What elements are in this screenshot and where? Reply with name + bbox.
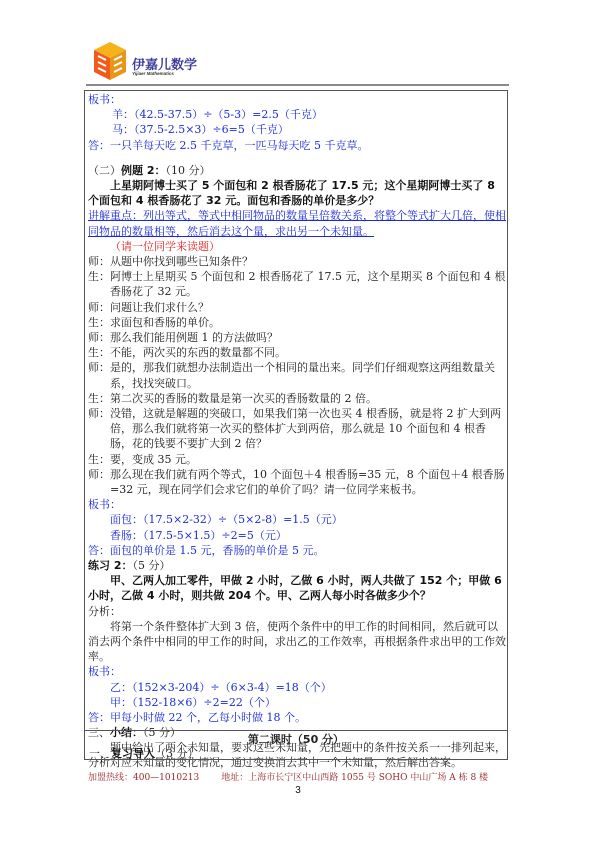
board-line: 面包：（17.5×2-32）÷（5×2-8）=1.5（元） (88, 512, 506, 527)
board-line: 羊：（42.5-37.5）÷（5-3）=2.5（千克） (88, 107, 506, 122)
page-footer: 加盟热线：400—1010213地址：上海市长宁区中山西路 1055 号 SOH… (88, 770, 508, 783)
dialogue-line: 师：从题中你找到哪些已知条件？ (88, 254, 506, 269)
footer-address: 地址：上海市长宁区中山西路 1055 号 SOHO 中山广场 A 栋 8 楼 (221, 773, 488, 783)
practice2-problem: 甲、乙两人加工零件，甲做 2 小时，乙做 6 小时，两人共做了 152 个；甲做… (88, 573, 506, 603)
example2-heading: （二）例题 2：（10 分） (88, 163, 506, 178)
dialogue-line: 生：阿博士上星期买 5 个面包和 2 根香肠花了 17.5 元，这个星期买 8 … (88, 269, 506, 299)
heading-points: （5 分） (132, 559, 170, 572)
logo-subtitle: Yijiaer Mathematics (132, 71, 174, 76)
dialogue-line: 师：那么现在我们就有两个等式，10 个面包＋4 根香肠=35 元，8 个面包＋4… (88, 467, 506, 497)
page-number: 3 (0, 785, 596, 796)
answer-line: 答：面包的单价是 1.5 元，香肠的单价是 5 元。 (88, 543, 506, 558)
read-prompt: （请一位同学来读题） (88, 239, 506, 254)
dialogue-line: 师：问题让我们求什么？ (88, 300, 506, 315)
board-label: 板书： (88, 664, 506, 679)
key-point: 讲解重点：列出等式，等式中相同物品的数量呈倍数关系，将整个等式扩大几倍，使相同物… (88, 208, 506, 238)
board-line: 甲：（152-18×6）÷2=22（个） (88, 695, 506, 710)
dialogue-line: 师：没错，这就是解题的突破口，如果我们第一次也买 4 根香肠，就是将 2 扩大到… (88, 406, 506, 452)
heading-prefix: （二） (88, 164, 121, 177)
item-prefix: 一、 (89, 747, 111, 760)
answer-line: 答：一只羊每天吃 2.5 千克草，一匹马每天吃 5 千克草。 (88, 138, 506, 153)
lesson2-first-item: 一、复习导入（3 分） (89, 745, 199, 761)
board-label: 板书： (88, 497, 506, 512)
dialogue-line: 师：那么我们能用例题 1 的方法做吗？ (88, 330, 506, 345)
analysis-label: 分析： (88, 604, 506, 619)
board-label: 板书： (88, 92, 506, 107)
board-line: 香肠：（17.5-5×1.5）÷2=5（元） (88, 528, 506, 543)
dialogue-line: 生：要，变成 35 元。 (88, 452, 506, 467)
dialogue-line: 生：第二次买的香肠的数量是第一次买的香肠数量的 2 倍。 (88, 391, 506, 406)
item-title: 复习导入 (111, 747, 155, 760)
dialogue-line: 生：求面包和香肠的单价。 (88, 315, 506, 330)
heading-title: 例题 2： (121, 164, 165, 177)
lesson-content: 板书： 羊：（42.5-37.5）÷（5-3）=2.5（千克） 马：（37.5-… (88, 92, 506, 771)
lesson2-row: 第二课时（50 分） 一、复习导入（3 分） (84, 730, 508, 760)
practice2-heading: 练习 2：（5 分） (88, 558, 506, 573)
analysis-text: 将第一个条件整体扩大到 3 倍，使两个条件中的甲工作的时间相同，然后就可以消去两… (88, 619, 506, 665)
board-line: 乙：（152×3-204）÷（6×3-4）=18（个） (88, 680, 506, 695)
item-points: （3 分） (155, 747, 199, 760)
heading-title: 练习 2： (88, 559, 132, 572)
example2-problem: 上星期阿博士买了 5 个面包和 2 根香肠花了 17.5 元；这个星期阿博士买了… (88, 178, 506, 208)
board-line: 马：（37.5-2.5×3）÷6=5（千克） (88, 122, 506, 137)
dialogue-line: 师：是的，那我们就想办法制造出一个相同的量出来。同学们仔细观察这两组数量关系，找… (88, 360, 506, 390)
footer-hotline: 加盟热线：400—1010213 (88, 773, 199, 783)
page-header: 伊嘉儿数学 Yijiaer Mathematics (88, 40, 518, 88)
header-divider (86, 84, 509, 86)
logo-cube-icon (88, 40, 132, 82)
answer-line: 答：甲每小时做 22 个，乙每小时做 18 个。 (88, 710, 506, 725)
dialogue-line: 生：不能，两次买的东西的数量都不同。 (88, 345, 506, 360)
heading-points: （10 分） (165, 164, 210, 177)
